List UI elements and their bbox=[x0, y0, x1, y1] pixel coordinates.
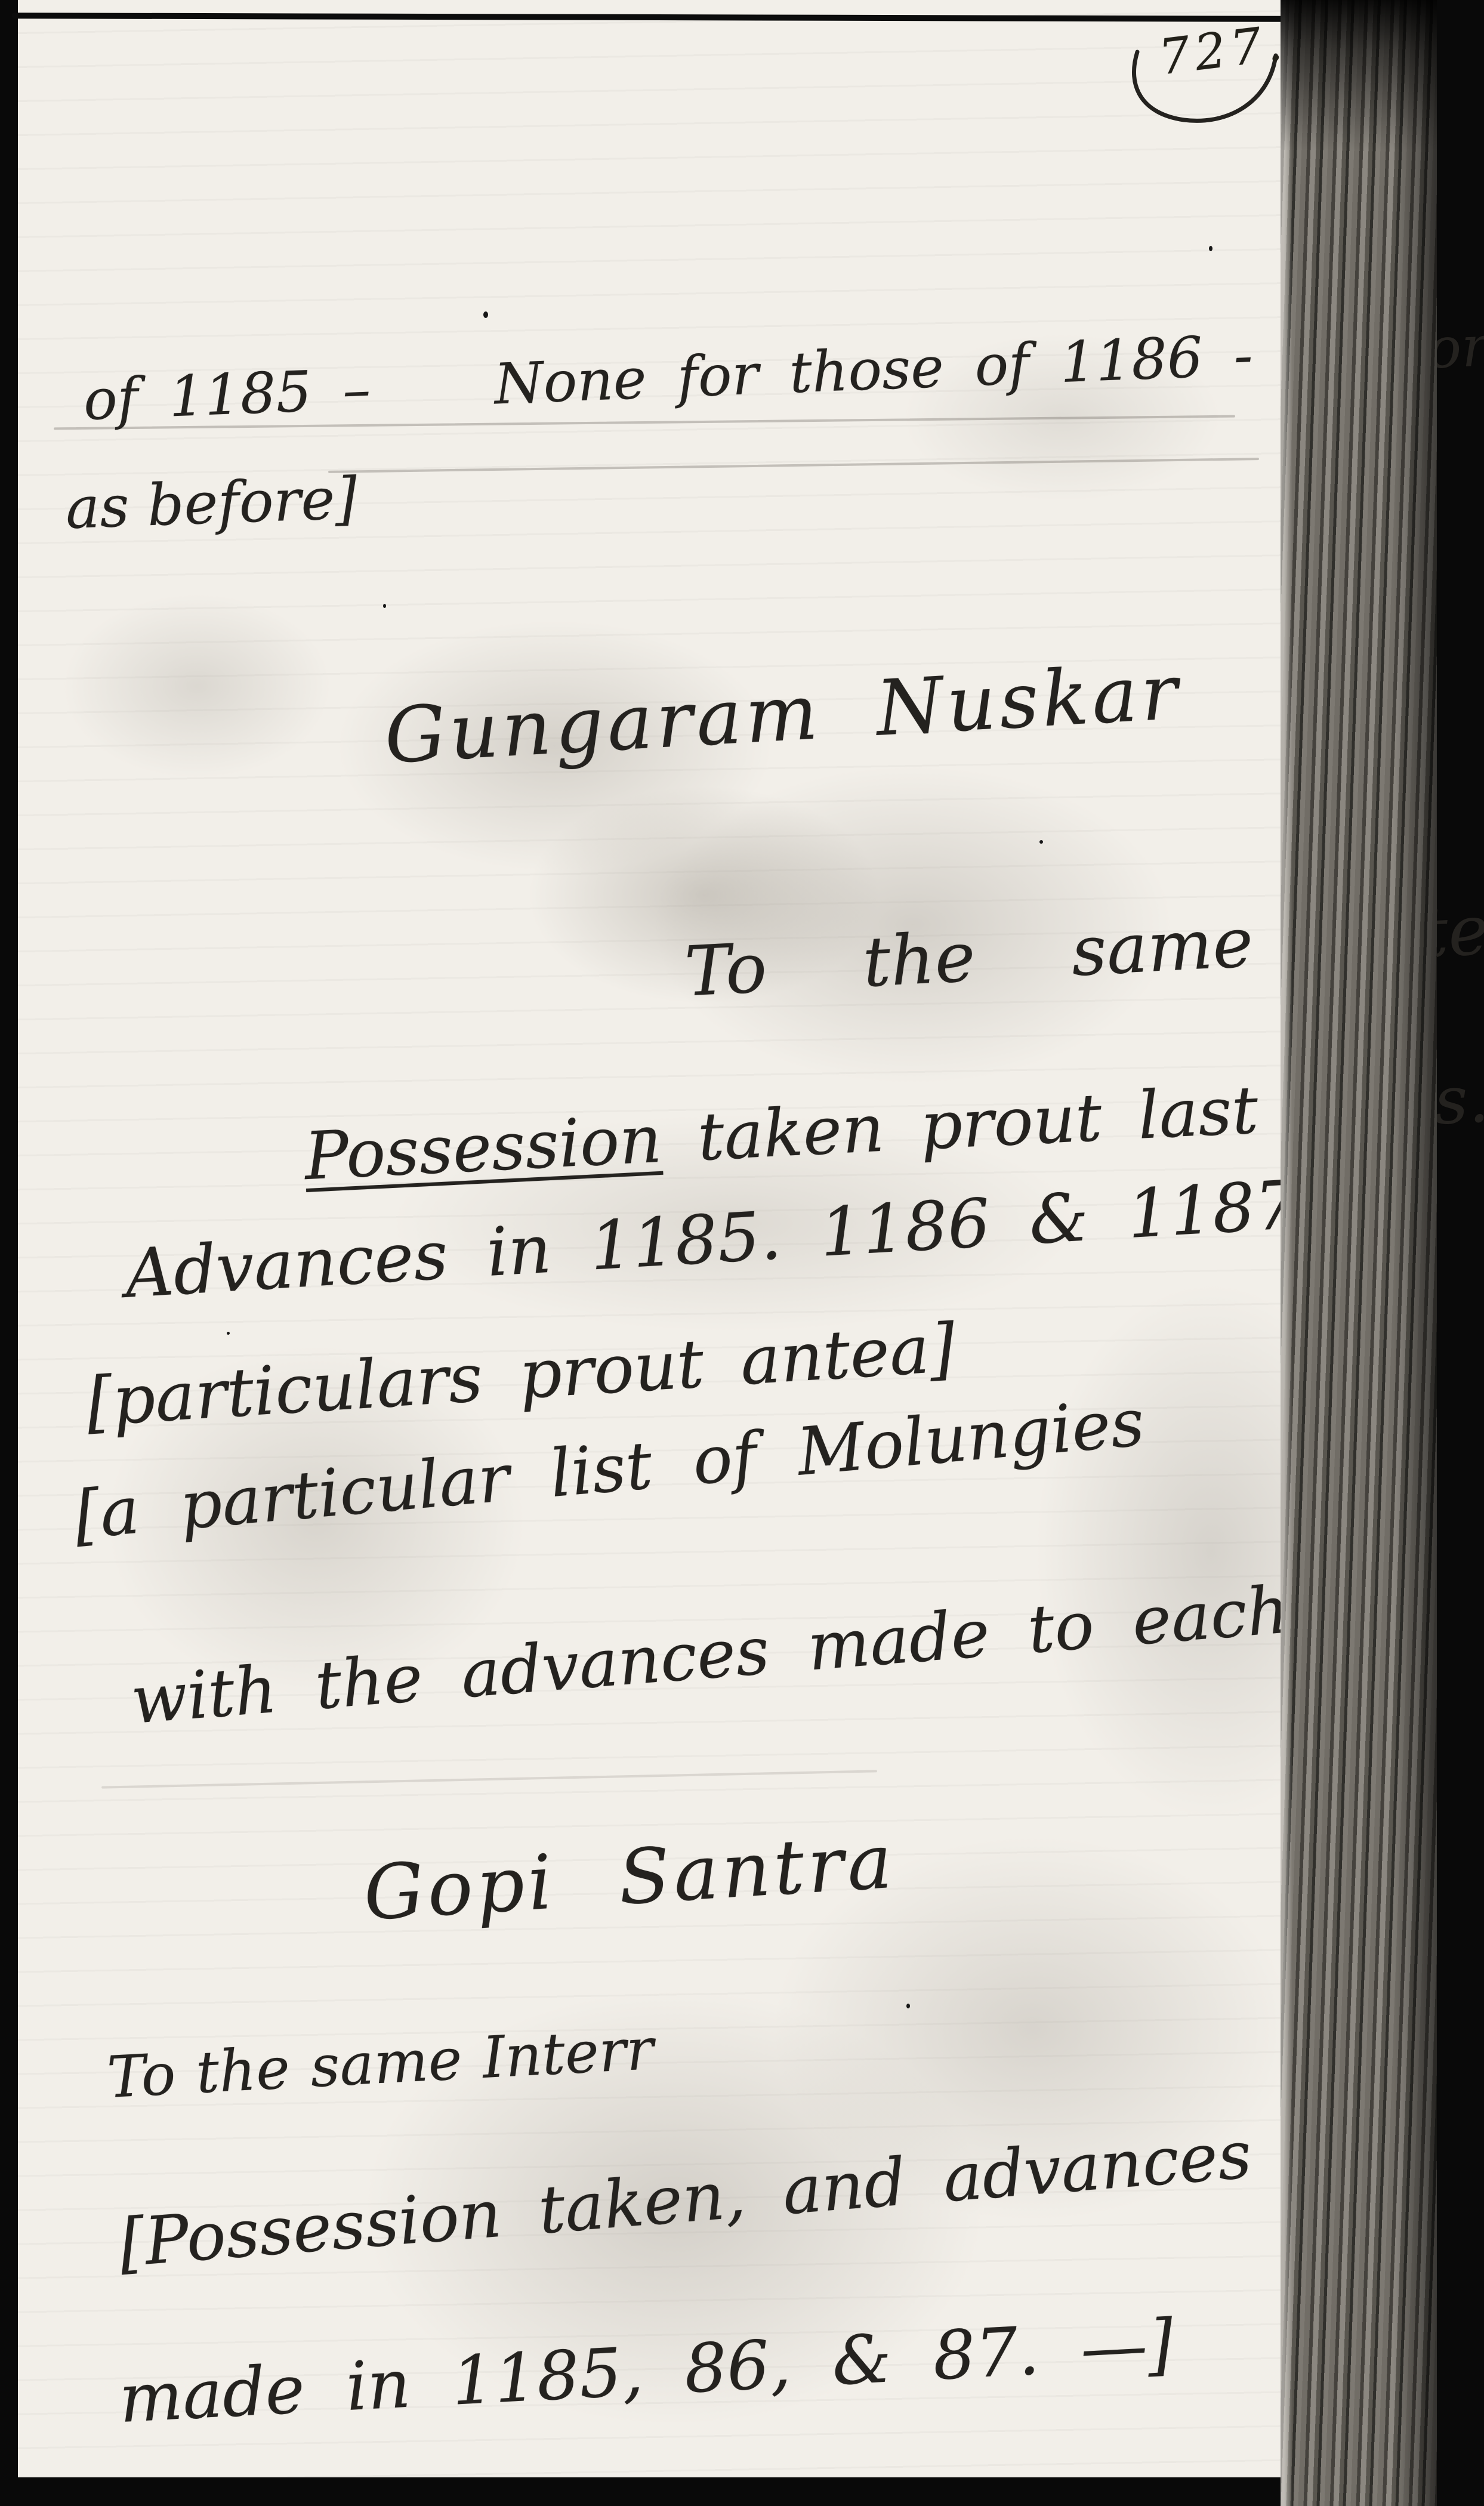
book-spine-edge bbox=[1281, 0, 1437, 2506]
text-line-intro-1: of 1185 – None for those of 1186 - [reas… bbox=[82, 316, 1484, 431]
entry2-note-line-2: made in 1185, 86, & 87. —] bbox=[118, 2308, 1176, 2437]
entry2-interrogatory-line: To the same Interr bbox=[106, 2018, 655, 2109]
ink-speck bbox=[1209, 246, 1213, 251]
scan-artifact-line bbox=[101, 1770, 877, 1788]
entry1-molungies-list-line-2: with the advances made to each.] bbox=[128, 1570, 1338, 1736]
ink-speck bbox=[227, 1332, 230, 1335]
ink-speck bbox=[906, 2004, 910, 2008]
page-number: 727. bbox=[1122, 21, 1295, 134]
entry2-heading: Gopi Santra bbox=[362, 1820, 898, 1936]
ink-speck bbox=[383, 604, 386, 608]
scan-artifact-line bbox=[328, 458, 1259, 473]
ink-speck bbox=[483, 311, 488, 318]
text-line-intro-2: as before] bbox=[64, 467, 358, 541]
manuscript-scan: 727. of 1185 – None for those of 1186 - … bbox=[0, 0, 1484, 2506]
entry1-possession-word-underlined: Possession bbox=[303, 1101, 663, 1195]
entry1-heading: Gungaram Nuskar bbox=[382, 651, 1183, 779]
scan-top-edge bbox=[12, 13, 1289, 22]
entry2-note-line-1: [Possession taken, and advances bbox=[116, 2119, 1254, 2280]
manuscript-page: 727. of 1185 – None for those of 1186 - … bbox=[18, 0, 1281, 2477]
